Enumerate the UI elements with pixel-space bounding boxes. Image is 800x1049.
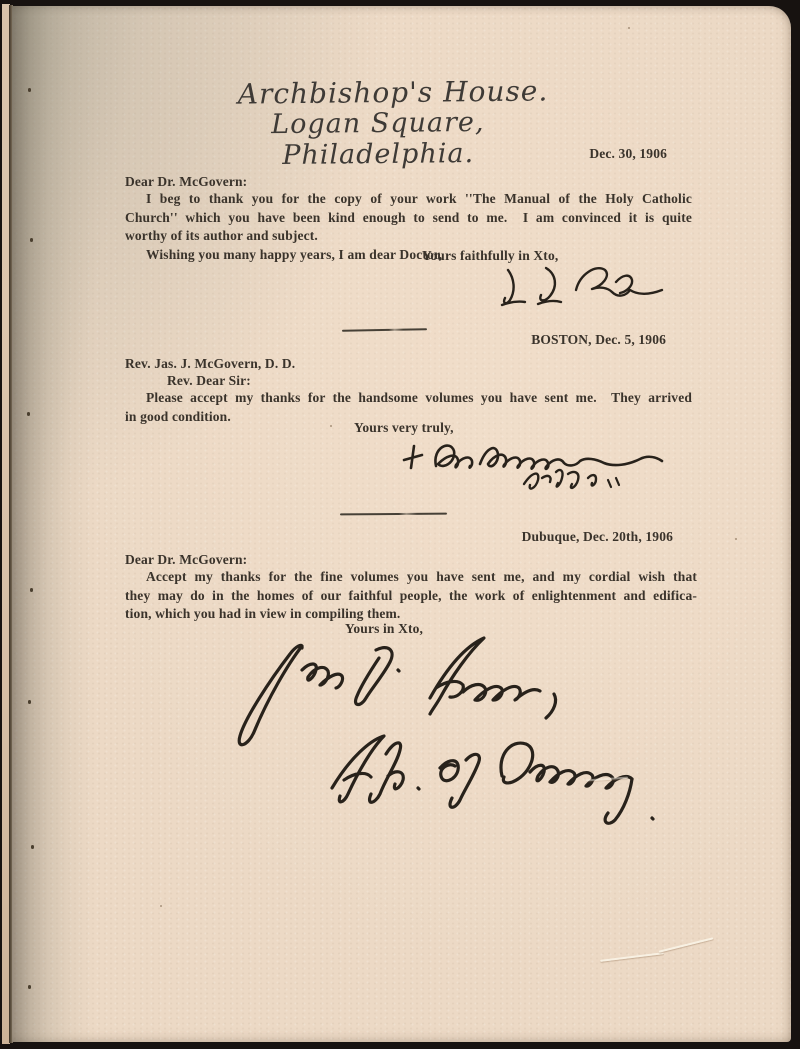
section-divider (342, 328, 427, 331)
book-scan: Archbishop's House. Logan Square, Philad… (0, 0, 800, 1049)
letter3-closing: Yours in Xto, (345, 621, 423, 637)
letter3-line: Accept my thanks for the fine volumes yo… (125, 568, 697, 587)
binding-speck (30, 588, 33, 592)
letter3-line: they may do in the homes of our faithful… (125, 587, 697, 606)
paper-fleck (735, 538, 737, 540)
binding-speck (28, 88, 31, 92)
binding-speck (30, 238, 33, 242)
paper-crease (600, 952, 664, 962)
letter2-addressee: Rev. Jas. J. McGovern, D. D. (125, 356, 295, 372)
letter1-line: worthy of its author and subject. (125, 227, 692, 246)
letterhead-line1: Archbishop's House. (228, 74, 558, 110)
binding-speck (27, 412, 30, 416)
paper-crease (659, 937, 714, 952)
letter2-salutation: Rev. Dear Sir: (167, 373, 251, 389)
signature-john-keane (178, 636, 708, 834)
section-divider (340, 513, 447, 516)
binding-speck (31, 845, 34, 849)
signature-pj-ryan (498, 260, 668, 314)
paper-fleck (160, 905, 162, 907)
paper-fleck (628, 27, 630, 29)
letter2-date: BOSTON, Dec. 5, 1906 (446, 332, 666, 348)
binding-speck (28, 700, 31, 704)
letter3-salutation: Dear Dr. McGovern: (125, 552, 247, 568)
letter1-line: Church'' which you have been kind enough… (125, 209, 692, 228)
letter3-body: Accept my thanks for the fine volumes yo… (125, 568, 697, 624)
letter1-date: Dec. 30, 1906 (467, 146, 667, 162)
letter1-body: I beg to thank you for the copy of your … (125, 190, 692, 264)
paper-fleck (330, 425, 332, 427)
signature-jno-williams (392, 430, 684, 504)
letter1-salutation: Dear Dr. McGovern: (125, 174, 247, 190)
letter3-date: Dubuque, Dec. 20th, 1906 (443, 529, 673, 545)
binding-speck (28, 985, 31, 989)
page-content: Archbishop's House. Logan Square, Philad… (0, 0, 800, 1049)
letter1-line: I beg to thank you for the copy of your … (125, 190, 692, 209)
letter2-line: Please accept my thanks for the handsome… (125, 389, 692, 408)
